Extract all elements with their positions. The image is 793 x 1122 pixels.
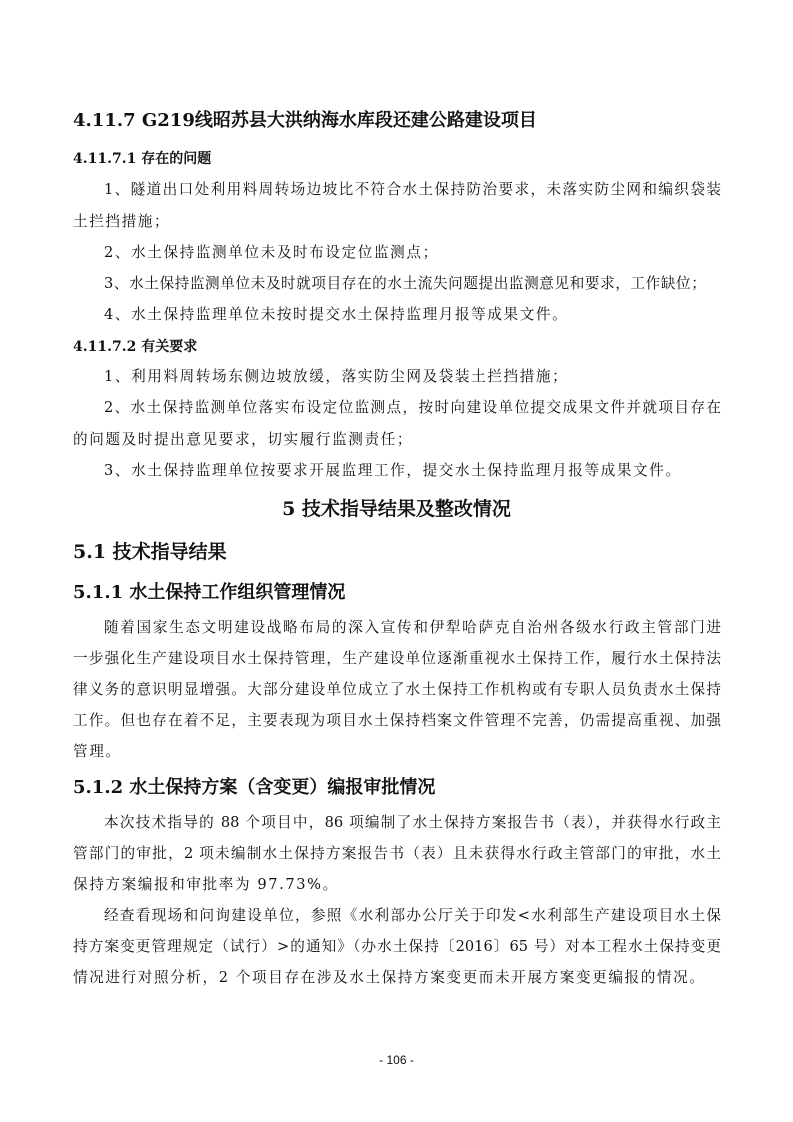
- paragraph-5-1-1-line-4: 工作。但也存在着不足，主要表现为项目水土保持档案文件管理不完善，仍需提高重视、加…: [73, 709, 721, 730]
- problem-item-2: 2、水土保持监测单位未及时布设定位监测点；: [104, 241, 439, 262]
- paragraph-5-1-2a-line-1: 本次技术指导的 88 个项目中，86 项编制了水土保持方案报告书（表），并获得水…: [104, 811, 721, 832]
- requirement-item-2-line-1: 2、水土保持监测单位落实布设定位监测点，按时向建设单位提交成果文件并就项目存在: [104, 396, 721, 417]
- section-heading-5-1-1: 5.1.1 水土保持工作组织管理情况: [73, 578, 345, 604]
- paragraph-5-1-2a-line-2: 管部门的审批，2 项未编制水土保持方案报告书（表）且未获得水行政主管部门的审批，…: [73, 842, 721, 863]
- paragraph-5-1-1-line-5: 管理。: [73, 740, 122, 761]
- requirement-item-2-line-2: 的问题及时提出意见要求，切实履行监测责任；: [73, 428, 413, 449]
- subsection-heading-requirements: 4.11.7.2 有关要求: [73, 336, 197, 356]
- requirement-item-1: 1、利用料周转场东侧边坡放缓，落实防尘网及袋装土拦挡措施；: [104, 365, 568, 386]
- subsection-heading-problems: 4.11.7.1 存在的问题: [73, 148, 211, 168]
- requirement-item-3: 3、水土保持监理单位按要求开展监理工作，提交水土保持监理月报等成果文件。: [104, 459, 682, 480]
- problem-item-1-line-2: 土拦挡措施；: [73, 210, 170, 231]
- section-heading-4-11-7: 4.11.7 G219线昭苏县大洪纳海水库段还建公路建设项目: [73, 106, 537, 132]
- section-heading-5-1-2: 5.1.2 水土保持方案（含变更）编报审批情况: [73, 773, 435, 799]
- paragraph-5-1-1-line-1: 随着国家生态文明建设战略布局的深入宣传和伊犁哈萨克自治州各级水行政主管部门进: [104, 616, 721, 637]
- problem-item-3: 3、水土保持监测单位未及时就项目存在的水土流失问题提出监测意见和要求，工作缺位；: [104, 272, 706, 293]
- chapter-heading-5: 5 技术指导结果及整改情况: [0, 494, 793, 521]
- problem-item-1-line-1: 1、隧道出口处利用料周转场边坡比不符合水土保持防治要求，未落实防尘网和编织袋装: [104, 178, 721, 199]
- paragraph-5-1-2a-line-3: 保持方案编报和审批率为 97.73%。: [73, 873, 339, 894]
- paragraph-5-1-1-line-2: 一步强化生产建设项目水土保持管理，生产建设单位逐渐重视水土保持工作，履行水土保持…: [73, 647, 721, 668]
- document-page: 4.11.7 G219线昭苏县大洪纳海水库段还建公路建设项目 4.11.7.1 …: [0, 0, 793, 1122]
- paragraph-5-1-1-line-3: 律义务的意识明显增强。大部分建设单位成立了水土保持工作机构或有专职人员负责水土保…: [73, 678, 721, 699]
- paragraph-5-1-2b-line-1: 经查看现场和问询建设单位，参照《水利部办公厅关于印发<水利部生产建设项目水土保: [104, 904, 721, 925]
- paragraph-5-1-2b-line-2: 持方案变更管理规定（试行）>的通知》（办水土保持〔2016〕65 号）对本工程水…: [73, 935, 721, 956]
- section-heading-5-1: 5.1 技术指导结果: [73, 537, 227, 564]
- page-number: - 106 -: [0, 1053, 793, 1067]
- problem-item-4: 4、水土保持监理单位未按时提交水土保持监理月报等成果文件。: [104, 303, 568, 324]
- paragraph-5-1-2b-line-3: 情况进行对照分析，2 个项目存在涉及水土保持方案变更而未开展方案变更编报的情况。: [73, 966, 706, 987]
